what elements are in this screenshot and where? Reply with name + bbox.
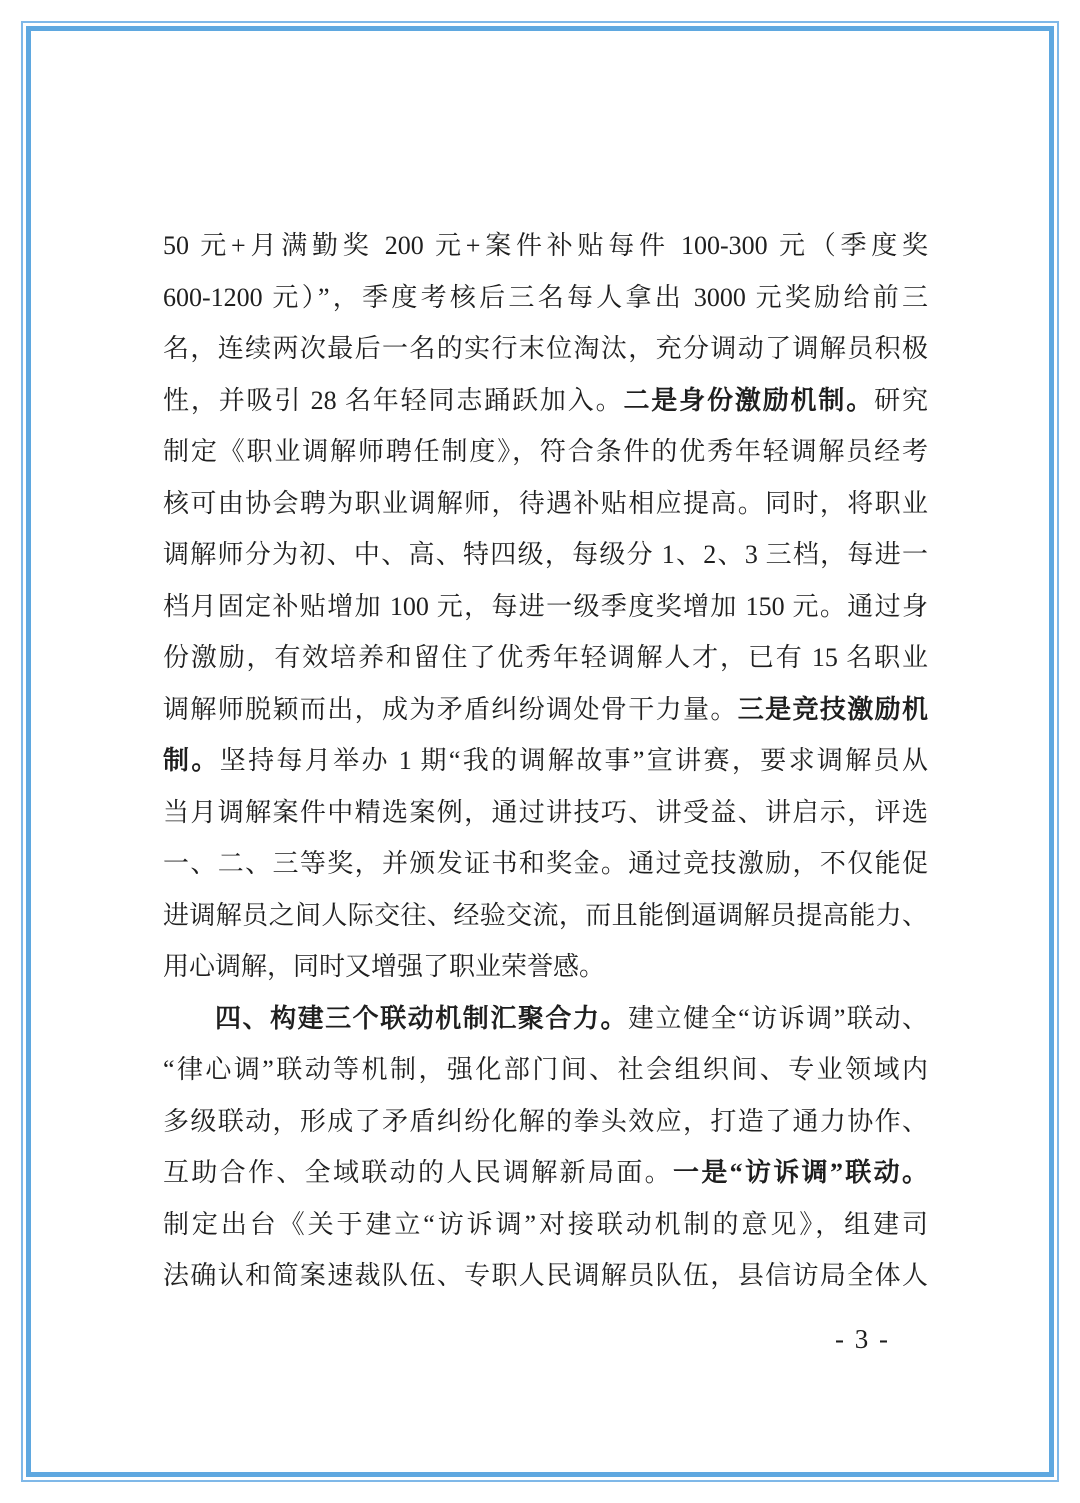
page-number: - 3 - xyxy=(163,1324,928,1355)
text-line: 多级联动，形成了矛盾纠纷化解的拳头效应，打造了通力协作、 xyxy=(163,1096,928,1148)
text-segment: 名，连续两次最后一名的实行末位淘汰，充分调动了调解员积极 xyxy=(163,334,928,363)
text-line: 档月固定补贴增加 100 元，每进一级季度奖增加 150 元。通过身 xyxy=(163,581,928,633)
bold-text-segment: 一是“访诉调”联动。 xyxy=(673,1158,928,1187)
text-segment: 制定出台《关于建立“访诉调”对接联动机制的意见》，组建司 xyxy=(163,1210,928,1239)
text-segment: 建立健全“访诉调”联动、 xyxy=(628,1004,928,1033)
section-heading: 四、构建三个联动机制汇聚合力。 xyxy=(215,1003,628,1033)
text-segment: 法确认和简案速裁队伍、专职人民调解员队伍，县信访局全体人 xyxy=(163,1261,928,1290)
text-segment: 调解师分为初、中、高、特四级，每级分 1、2、3 三档，每进一 xyxy=(163,540,928,569)
document-page: 50 元+月满勤奖 200 元+案件补贴每件 100-300 元（季度奖600-… xyxy=(0,0,1080,1503)
text-line: 调解师分为初、中、高、特四级，每级分 1、2、3 三档，每进一 xyxy=(163,529,928,581)
text-segment: 进调解员之间人际交往、经验交流，而且能倒逼调解员提高能力、 xyxy=(163,901,928,930)
text-segment: 用心调解，同时又增强了职业荣誉感。 xyxy=(163,952,605,981)
text-line: “律心调”联动等机制，强化部门间、社会组织间、专业领域内 xyxy=(163,1044,928,1096)
text-segment: 研究 xyxy=(874,386,928,415)
text-line: 法确认和简案速裁队伍、专职人民调解员队伍，县信访局全体人 xyxy=(163,1250,928,1302)
text-segment: 核可由协会聘为职业调解师，待遇补贴相应提高。同时，将职业 xyxy=(163,489,928,518)
text-line: 份激励，有效培养和留住了优秀年轻调解人才，已有 15 名职业 xyxy=(163,632,928,684)
text-segment: 份激励，有效培养和留住了优秀年轻调解人才，已有 15 名职业 xyxy=(163,643,928,672)
text-line: 性，并吸引 28 名年轻同志踊跃加入。二是身份激励机制。研究 xyxy=(163,375,928,427)
text-line: 制定《职业调解师聘任制度》，符合条件的优秀年轻调解员经考 xyxy=(163,426,928,478)
text-line: 50 元+月满勤奖 200 元+案件补贴每件 100-300 元（季度奖 xyxy=(163,220,928,272)
text-line: 名，连续两次最后一名的实行末位淘汰，充分调动了调解员积极 xyxy=(163,323,928,375)
text-line: 制。坚持每月举办 1 期“我的调解故事”宣讲赛，要求调解员从 xyxy=(163,735,928,787)
text-segment: 制定《职业调解师聘任制度》，符合条件的优秀年轻调解员经考 xyxy=(163,437,928,466)
text-line: 四、构建三个联动机制汇聚合力。建立健全“访诉调”联动、 xyxy=(163,993,928,1045)
text-segment: 档月固定补贴增加 100 元，每进一级季度奖增加 150 元。通过身 xyxy=(163,592,928,621)
text-line: 进调解员之间人际交往、经验交流，而且能倒逼调解员提高能力、 xyxy=(163,890,928,942)
text-segment: 互助合作、全域联动的人民调解新局面。 xyxy=(163,1158,673,1187)
text-line: 600-1200 元）”，季度考核后三名每人拿出 3000 元奖励给前三 xyxy=(163,272,928,324)
text-line: 核可由协会聘为职业调解师，待遇补贴相应提高。同时，将职业 xyxy=(163,478,928,530)
text-segment: 调解师脱颖而出，成为矛盾纠纷调处骨干力量。 xyxy=(163,695,738,724)
bold-text-segment: 二是身份激励机制。 xyxy=(623,386,874,415)
text-line: 用心调解，同时又增强了职业荣誉感。 xyxy=(163,941,928,993)
text-segment: 50 元+月满勤奖 200 元+案件补贴每件 100-300 元（季度奖 xyxy=(163,231,928,260)
text-segment: 当月调解案件中精选案例，通过讲技巧、讲受益、讲启示，评选 xyxy=(163,798,928,827)
text-line: 制定出台《关于建立“访诉调”对接联动机制的意见》，组建司 xyxy=(163,1199,928,1251)
text-segment: “律心调”联动等机制，强化部门间、社会组织间、专业领域内 xyxy=(163,1055,928,1084)
bold-text-segment: 制。 xyxy=(163,746,220,775)
text-line: 互助合作、全域联动的人民调解新局面。一是“访诉调”联动。 xyxy=(163,1147,928,1199)
document-body: 50 元+月满勤奖 200 元+案件补贴每件 100-300 元（季度奖600-… xyxy=(163,220,928,1302)
text-segment: 坚持每月举办 1 期“我的调解故事”宣讲赛，要求调解员从 xyxy=(220,746,928,775)
text-segment: 一、二、三等奖，并颁发证书和奖金。通过竞技激励，不仅能促 xyxy=(163,849,928,878)
text-line: 当月调解案件中精选案例，通过讲技巧、讲受益、讲启示，评选 xyxy=(163,787,928,839)
text-segment: 多级联动，形成了矛盾纠纷化解的拳头效应，打造了通力协作、 xyxy=(163,1107,928,1136)
bold-text-segment: 三是竞技激励机 xyxy=(738,695,928,724)
text-segment: 性，并吸引 28 名年轻同志踊跃加入。 xyxy=(163,386,623,415)
text-line: 一、二、三等奖，并颁发证书和奖金。通过竞技激励，不仅能促 xyxy=(163,838,928,890)
text-segment: 600-1200 元）”，季度考核后三名每人拿出 3000 元奖励给前三 xyxy=(163,283,928,312)
text-line: 调解师脱颖而出，成为矛盾纠纷调处骨干力量。三是竞技激励机 xyxy=(163,684,928,736)
